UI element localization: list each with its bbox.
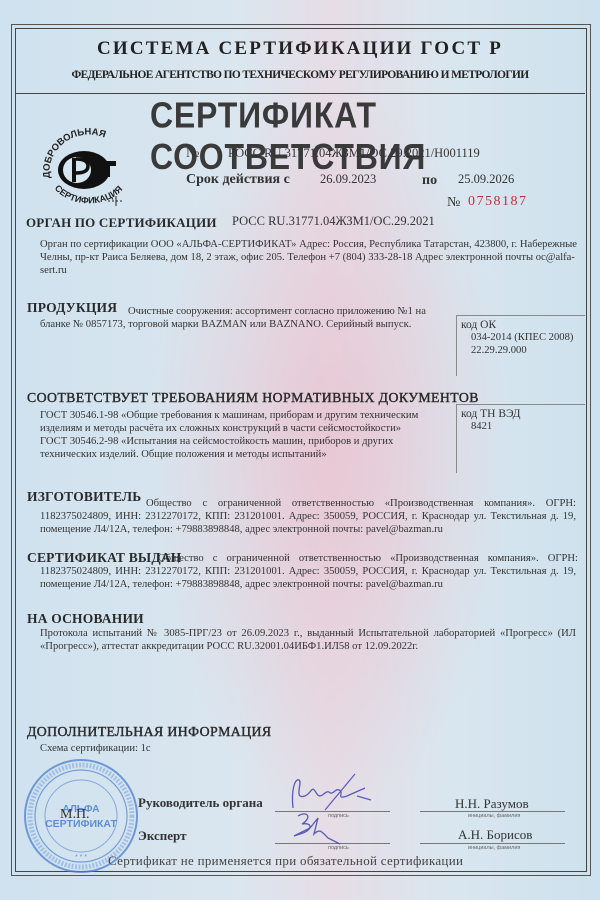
expert-name-caption: инициалы, фамилия (468, 845, 520, 851)
footer-note: Сертификат не применяется при обязательн… (108, 853, 463, 869)
expert-name-line (420, 843, 565, 844)
product-heading: ПРОДУКЦИЯ (27, 300, 117, 316)
certification-body-text: Орган по сертификации ООО «АЛЬФА-СЕРТИФИ… (40, 238, 580, 277)
agency-name: ФЕДЕРАЛЬНОЕ АГЕНТСТВО ПО ТЕХНИЧЕСКОМУ РЕ… (0, 69, 600, 81)
validity-label: Срок действия с (186, 172, 290, 188)
head-name: Н.Н. Разумов (455, 796, 529, 812)
certification-body-heading: ОРГАН ПО СЕРТИФИКАЦИИ (26, 215, 217, 231)
product-line-1: Очистные сооружения: ассортимент согласн… (128, 305, 426, 318)
expert-label: Эксперт (138, 828, 186, 844)
issued-to-line-1: Общество с ограниченной ответственностью… (158, 552, 578, 565)
compliance-line-3: ГОСТ 30546.2-98 «Испытания на сейсмостой… (40, 435, 450, 448)
tnved-code-box: код ТН ВЭД 8421 (456, 404, 585, 473)
basis-heading: НА ОСНОВАНИИ (27, 611, 144, 627)
basis-text: Протокола испытаний № 3085-ПРГ/23 от 26.… (40, 627, 576, 653)
valid-from-date: 26.09.2023 (320, 172, 376, 187)
system-title: СИСТЕМА СЕРТИФИКАЦИИ ГОСТ Р (0, 38, 600, 60)
compliance-line-4: технических изделий. Общие положения и м… (40, 448, 450, 461)
expert-name: А.Н. Борисов (458, 827, 532, 843)
valid-to-date: 25.09.2026 (458, 172, 514, 187)
compliance-line-1: ГОСТ 30546.1-98 «Общие требования к маши… (40, 409, 450, 422)
head-name-caption: инициалы, фамилия (468, 813, 520, 819)
product-line-2: бланке № 0857173, торговой марки BAZMAN … (40, 318, 411, 331)
stamp-stars: * * * (75, 854, 87, 861)
head-of-body-label: Руководитель органа (138, 795, 263, 811)
expert-signature-icon (288, 808, 348, 853)
tnved-code-label: код ТН ВЭД (461, 408, 585, 420)
header-divider (16, 93, 585, 94)
okpd-code-value-2: 22.29.29.000 (471, 344, 585, 357)
certificate-number: РОСС RU.31771.04ЖЗМ1/ОС.29.2021/Н001119 (228, 146, 480, 161)
blank-serial-number: 0758187 (468, 194, 528, 210)
compliance-documents: ГОСТ 30546.1-98 «Общие требования к маши… (40, 409, 450, 461)
blank-number-label: № (447, 195, 460, 211)
okpd-code-value-1: 034-2014 (КПЕС 2008) (471, 331, 585, 344)
number-label: № (186, 146, 199, 162)
okpd-code-box: код ОК 034-2014 (КПЕС 2008) 22.29.29.000 (456, 315, 585, 376)
compliance-heading: СООТВЕТСТВУЕТ ТРЕБОВАНИЯМ НОРМАТИВНЫХ ДО… (27, 390, 479, 406)
rst-logo-icon: ДОБРОВОЛЬНАЯ СЕРТИФИКАЦИЯ (36, 128, 140, 210)
seal-place-mark: М.П. (60, 807, 90, 823)
manufacturer-details: 1182375024809, ИНН: 2312270172, КПП: 231… (40, 510, 576, 536)
certification-body-code: РОСС RU.31771.04ЖЗМ1/ОС.29.2021 (232, 214, 435, 229)
certification-scheme: Схема сертификации: 1с (40, 742, 151, 755)
additional-info-heading: ДОПОЛНИТЕЛЬНАЯ ИНФОРМАЦИЯ (27, 724, 271, 740)
manufacturer-line-1: Общество с ограниченной ответственностью… (146, 497, 576, 510)
compliance-line-2: изделиям и методы расчёта их сложных кон… (40, 422, 450, 435)
document-title: СЕРТИФИКАТ СООТВЕТСТВИЯ (150, 95, 590, 178)
okpd-code-label: код ОК (461, 319, 585, 331)
to-label: по (422, 173, 437, 189)
manufacturer-heading: ИЗГОТОВИТЕЛЬ (27, 489, 141, 505)
issued-to-details: 1182375024809, ИНН: 2312270172, КПП: 231… (40, 565, 576, 591)
tnved-code-value: 8421 (471, 420, 585, 433)
